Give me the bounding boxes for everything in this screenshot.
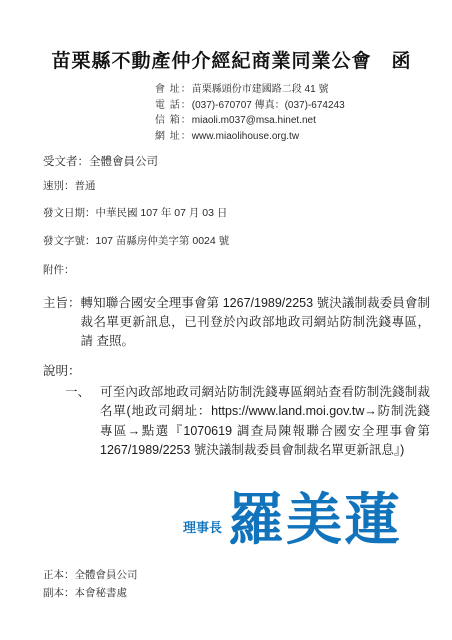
contact-address-label: 會 址： [155,84,192,95]
issue-date-value: 中華民國 107 年 07 月 03 日 [96,207,228,219]
signature-block: 理事長 羅美蓮 [183,470,430,548]
contact-phone-value: (037)-670707 傳真：(037)-674243 [192,100,345,111]
subject-text: 轉知聯合國安全理事會第 1267/1989/2253 號決議制裁委員會制裁名單更… [81,294,430,350]
speed-row: 速別：普通 [43,178,430,193]
issue-number-row: 發文字號：107 苗縣房仲美字第 0024 號 [43,233,430,248]
attachment-row: 附件： [43,262,430,277]
distribution-block: 正本：全體會員公司 副本：本會秘書處 [43,566,430,602]
recipient-value: 全體會員公司 [89,156,158,168]
issue-number-label: 發文字號： [43,235,96,247]
recipient-label: 受文者： [43,156,89,168]
original-copy-row: 正本：全體會員公司 [43,566,430,584]
carbon-copy-label: 副本： [43,587,75,599]
issue-date-row: 發文日期：中華民國 107 年 07 月 03 日 [43,205,430,220]
speed-label: 速別： [43,180,75,192]
letter-page: 苗栗縣不動產仲介經紀商業同業公會 函 會 址：苗栗縣頭份市建國路二段 41 號 … [0,0,452,640]
explanation-label: 說明： [43,363,430,381]
original-copy-label: 正本： [43,569,75,581]
explanation-item-text: 可至內政部地政司網站防制洗錢專區網站查看防制洗錢制裁名單(地政司網址：https… [100,383,430,461]
recipient-row: 受文者：全體會員公司 [43,153,430,169]
issue-date-label: 發文日期： [43,207,96,219]
carbon-copy-value: 本會秘書處 [75,587,128,599]
contact-website-value: www.miaolihouse.org.tw [192,131,299,142]
contact-website-label: 網 址： [155,131,192,142]
original-copy-value: 全體會員公司 [75,569,138,581]
contact-website-row: 網 址：www.miaolihouse.org.tw [155,129,430,145]
carbon-copy-row: 副本：本會秘書處 [43,584,430,602]
speed-value: 普通 [75,180,96,192]
issue-number-value: 107 苗縣房仲美字第 0024 號 [96,235,230,247]
signature-role: 理事長 [183,517,222,536]
signature-name: 羅美蓮 [228,492,402,548]
contact-phone-label: 電 話： [155,100,192,111]
subject-label: 主旨： [43,294,81,350]
explanation-item-number: 一、 [65,383,100,461]
attachment-label: 附件： [43,264,75,276]
explanation-item-1: 一、 可至內政部地政司網站防制洗錢專區網站查看防制洗錢制裁名單(地政司網址：ht… [43,383,430,461]
contact-phone-row: 電 話：(037)-670707 傳真：(037)-674243 [155,98,430,114]
explanation-block: 說明： 一、 可至內政部地政司網站防制洗錢專區網站查看防制洗錢制裁名單(地政司網… [43,363,430,460]
contact-email-row: 信 箱：miaoli.m037@msa.hinet.net [155,113,430,129]
contact-email-value: miaoli.m037@msa.hinet.net [192,115,316,126]
contact-address-value: 苗栗縣頭份市建國路二段 41 號 [192,84,329,95]
contact-address-row: 會 址：苗栗縣頭份市建國路二段 41 號 [155,82,430,98]
contact-email-label: 信 箱： [155,115,192,126]
contact-block: 會 址：苗栗縣頭份市建國路二段 41 號 電 話：(037)-670707 傳真… [155,82,430,144]
meta-block: 受文者：全體會員公司 速別：普通 發文日期：中華民國 107 年 07 月 03… [43,153,430,277]
subject-block: 主旨： 轉知聯合國安全理事會第 1267/1989/2253 號決議制裁委員會制… [43,294,430,350]
page-title: 苗栗縣不動產仲介經紀商業同業公會 函 [33,46,430,73]
